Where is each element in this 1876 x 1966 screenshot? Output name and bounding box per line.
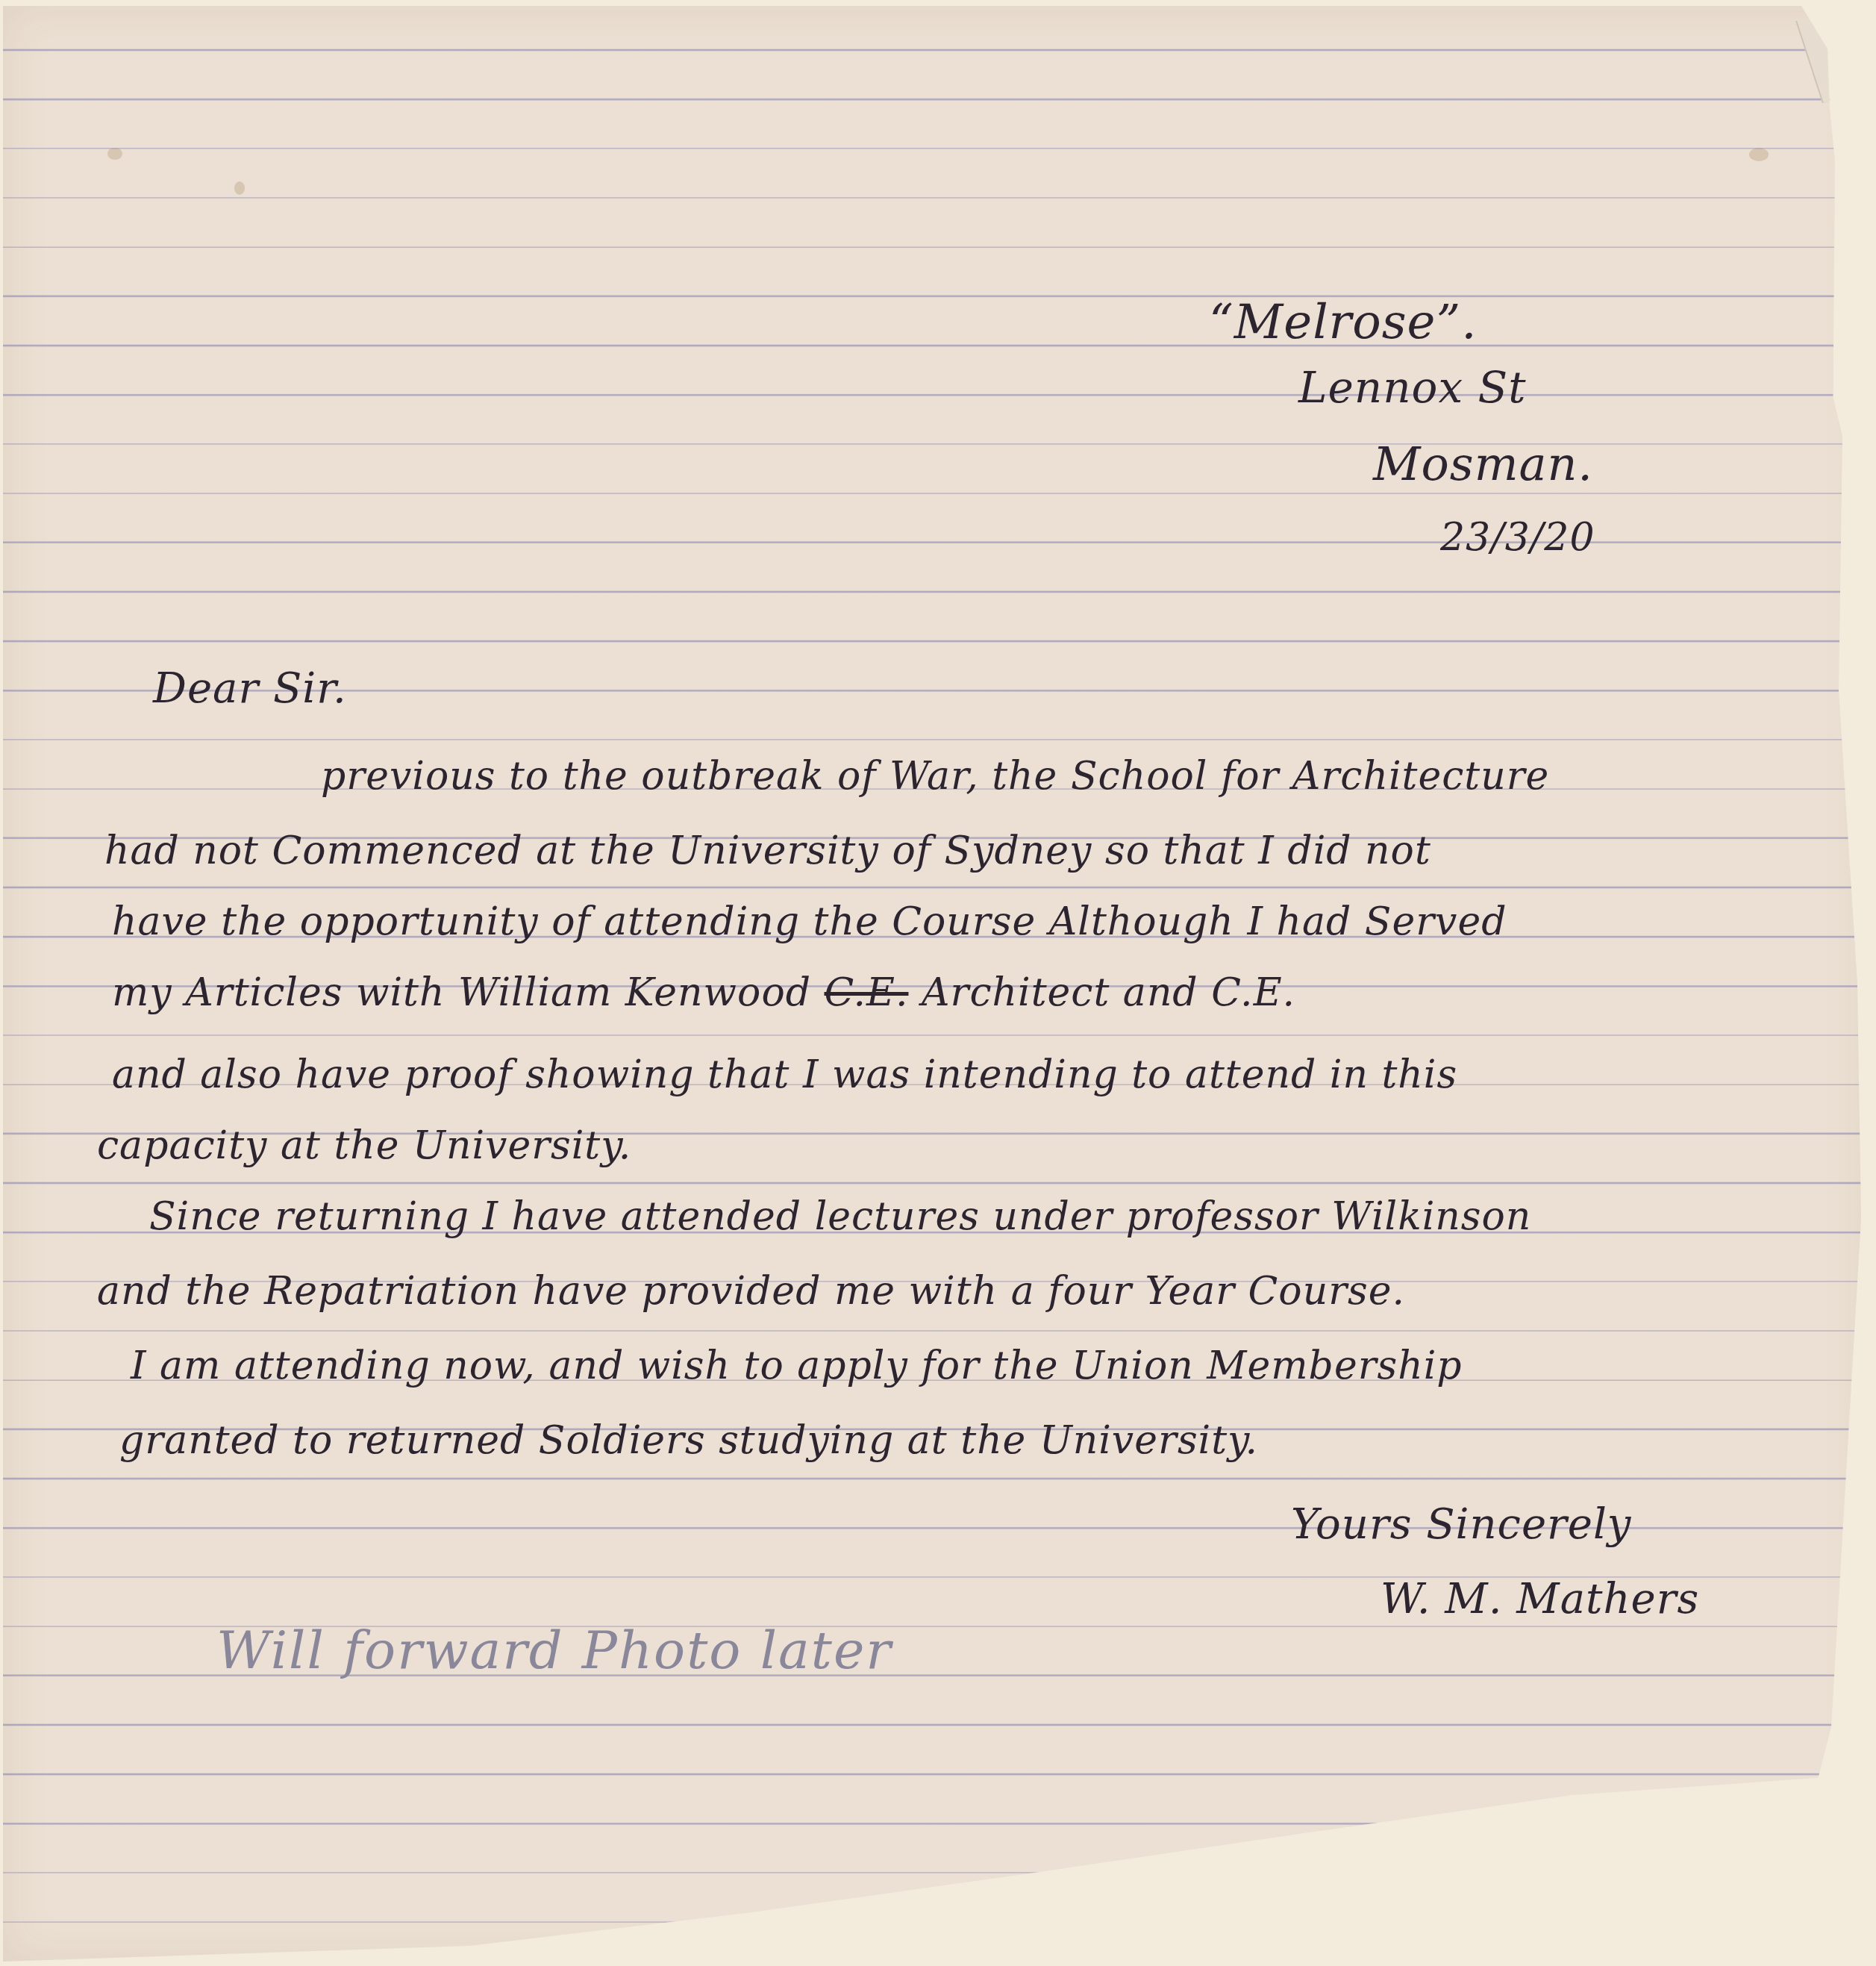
body-line-4-start: my Articles with William Kenwood bbox=[112, 970, 811, 1015]
body-line-6: capacity at the University. bbox=[97, 1123, 631, 1168]
paper-stain bbox=[234, 181, 245, 195]
address-house-name: “Melrose”. bbox=[1209, 295, 1478, 350]
paper-stain bbox=[107, 148, 122, 160]
body-line-7: Since returning I have attended lectures… bbox=[149, 1194, 1531, 1239]
body-line-3: have the opportunity of attending the Co… bbox=[112, 899, 1507, 944]
letter-date: 23/3/20 bbox=[1440, 515, 1595, 560]
body-line-2: had not Commenced at the University of S… bbox=[104, 828, 1431, 873]
signature: W. M. Mathers bbox=[1381, 1575, 1699, 1623]
pencil-note: Will forward Photo later bbox=[216, 1620, 892, 1681]
struck-text: C.E. bbox=[825, 970, 909, 1015]
body-line-10: granted to returned Soldiers studying at… bbox=[119, 1418, 1258, 1463]
body-line-4: my Articles with William Kenwood C.E. Ar… bbox=[112, 970, 1295, 1015]
body-line-1: previous to the outbreak of War, the Sch… bbox=[321, 754, 1549, 799]
body-line-8: and the Repatriation have provided me wi… bbox=[97, 1269, 1405, 1314]
salutation: Dear Sir. bbox=[153, 664, 347, 713]
body-line-9: I am attending now, and wish to apply fo… bbox=[131, 1344, 1463, 1388]
closing: Yours Sincerely bbox=[1291, 1500, 1632, 1549]
paper-stain bbox=[1749, 148, 1769, 161]
body-line-4-end: Architect and C.E. bbox=[922, 970, 1295, 1015]
address-suburb: Mosman. bbox=[1373, 437, 1593, 491]
body-line-5: and also have proof showing that I was i… bbox=[112, 1052, 1457, 1097]
address-street: Lennox St bbox=[1298, 362, 1527, 413]
